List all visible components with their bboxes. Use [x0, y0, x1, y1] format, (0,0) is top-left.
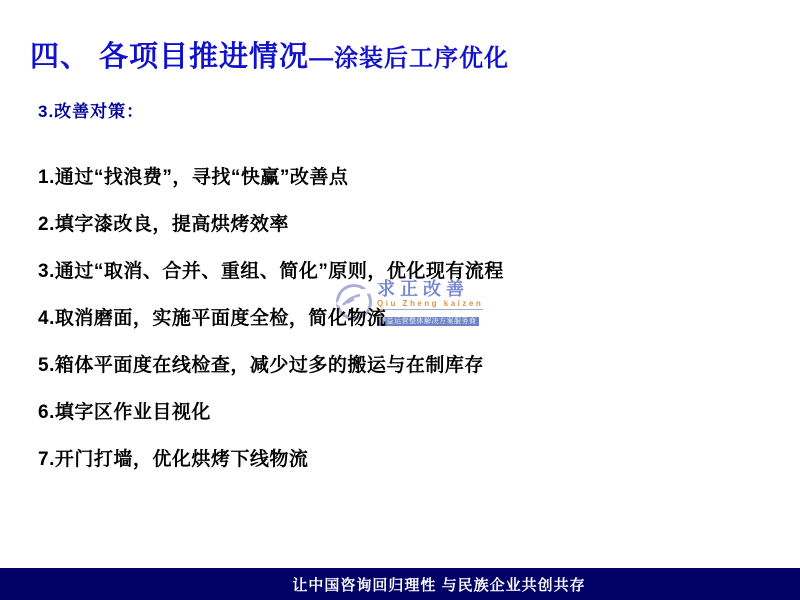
improvement-list: 1.通过“找浪费”，寻找“快赢”改善点 2.填字漆改良，提高烘烤效率 3.通过“… [38, 168, 504, 497]
footer-slogan: 让中国咨询回归理性 与民族企业共创共存 [292, 574, 585, 595]
list-item: 2.填字漆改良，提高烘烤效率 [38, 215, 504, 235]
list-item: 1.通过“找浪费”，寻找“快赢”改善点 [38, 168, 504, 188]
list-item: 3.通过“取消、合并、重组、简化”原则，优化现有流程 [38, 262, 504, 282]
slide-title: 四、 各项目推进情况—涂装后工序优化 [30, 34, 509, 75]
list-item: 5.箱体平面度在线检查，减少过多的搬运与在制库存 [38, 356, 504, 376]
footer-bar: 让中国咨询回归理性 与民族企业共创共存 [0, 568, 800, 600]
section-subtitle: 3.改善对策： [38, 97, 144, 122]
list-item: 7.开门打墙，优化烘烤下线物流 [38, 450, 504, 470]
presentation-slide: 四、 各项目推进情况—涂装后工序优化 3.改善对策： 1.通过“找浪费”，寻找“… [0, 0, 800, 600]
list-item: 4.取消磨面，实施平面度全检，简化物流 [38, 309, 504, 329]
slide-title-main: 四、 各项目推进情况 [30, 41, 309, 73]
slide-title-sub: —涂装后工序优化 [309, 45, 509, 72]
list-item: 6.填字区作业目视化 [38, 403, 504, 423]
